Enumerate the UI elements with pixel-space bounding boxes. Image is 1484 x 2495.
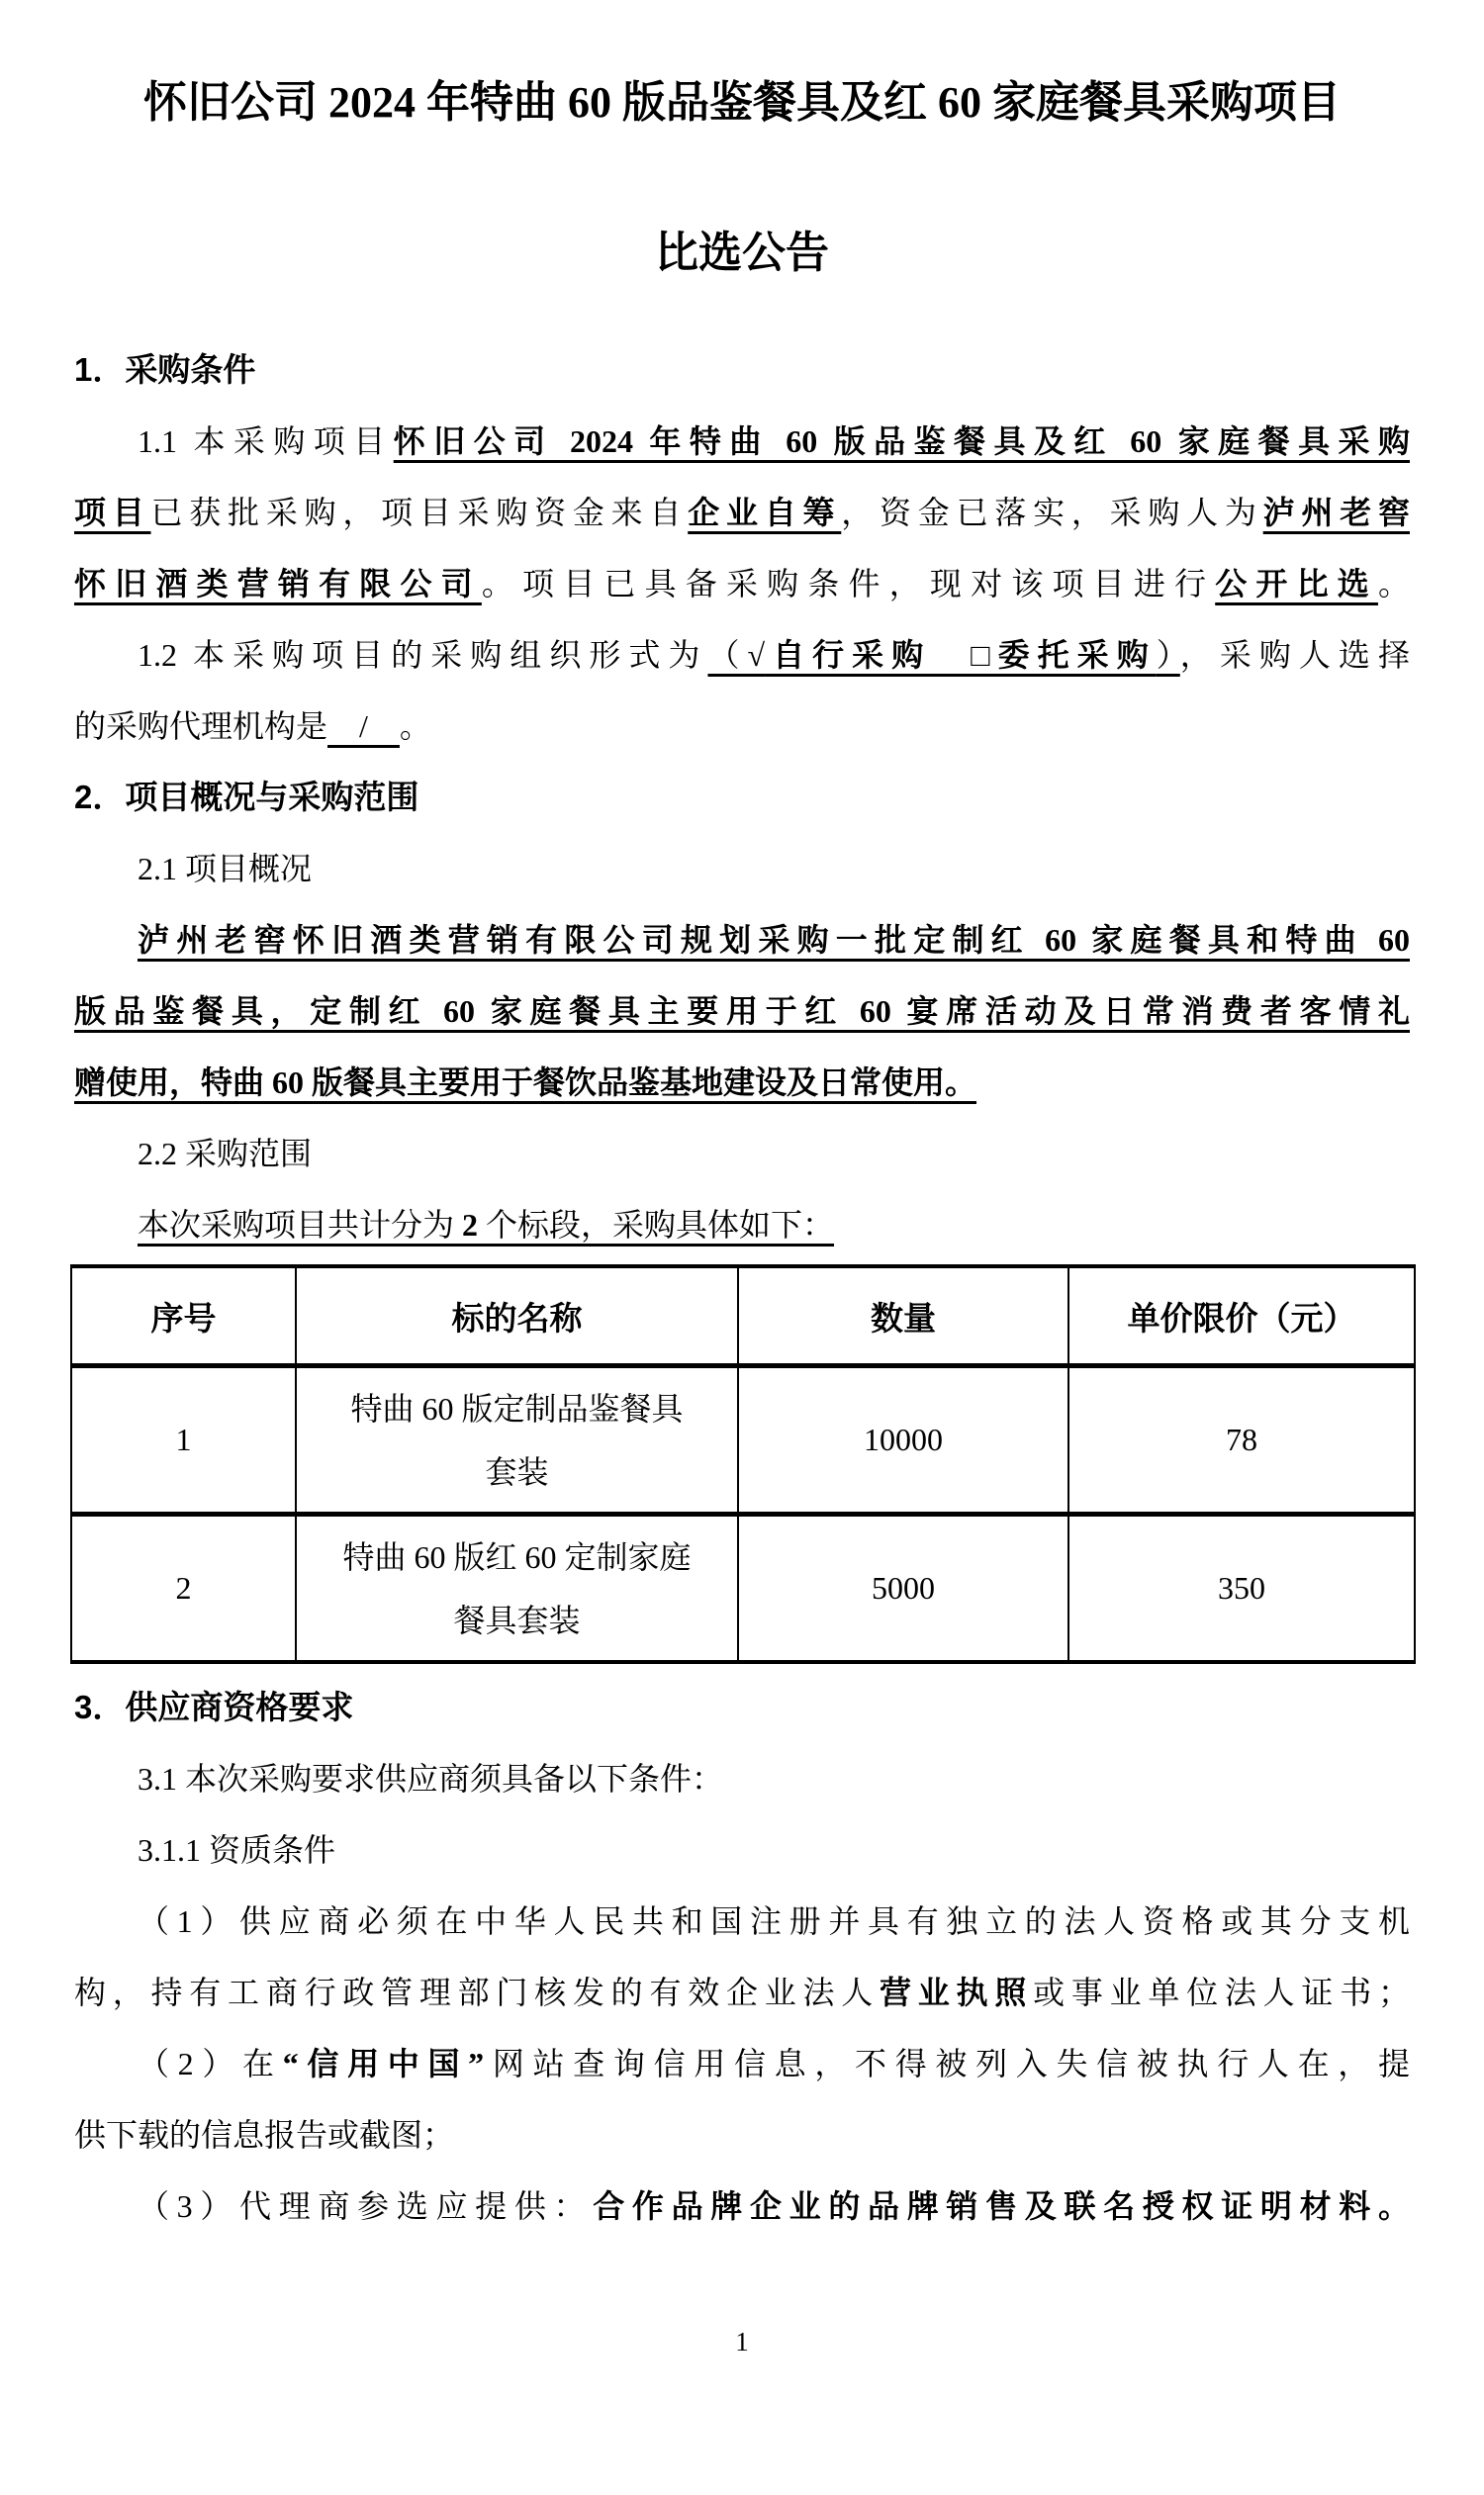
emphasis-text: 自行采购 □委托采购	[765, 637, 1157, 673]
emphasis-text: 本次采购项目共计分为	[138, 1207, 462, 1243]
emphasis-text: 泸州老窖怀旧酒类营销有限公司规划采购一批定制红 60 家庭餐具和特曲 60	[138, 922, 1410, 958]
emphasis-text: 赠使用，特曲 60 版餐具主要用于餐饮品鉴基地建设及日常使用。	[74, 1064, 976, 1100]
lots-table: 序号标的名称数量单价限价（元）1特曲 60 版定制品鉴餐具套装10000782特…	[70, 1264, 1416, 1664]
plain-text: 2.2 采购范围	[138, 1136, 312, 1171]
emphasis-text: 营业执照	[880, 1975, 1033, 2010]
emphasis-text: “信用中国”	[283, 2046, 484, 2081]
lot-price-limit-cell: 78	[1068, 1366, 1415, 1515]
text-line: 供下载的信息报告或截图；	[74, 2099, 1410, 2171]
emphasis-text: 合作品牌企业的品牌销售及联名授权证明材料。	[593, 2188, 1410, 2224]
plain-text: 3.1 本次采购要求供应商须具备以下条件：	[138, 1761, 723, 1797]
document-body: 怀旧公司 2024 年特曲 60 版品鉴餐具及红 60 家庭餐具采购项目 比选公…	[74, 0, 1410, 2242]
plain-text: 或事业单位法人证书；	[1033, 1975, 1410, 2010]
text-line: 构，持有工商行政管理部门核发的有效企业法人营业执照或事业单位法人证书；	[74, 1957, 1410, 2028]
table-row: 1特曲 60 版定制品鉴餐具套装1000078	[71, 1366, 1415, 1515]
emphasis-text: /	[327, 708, 400, 744]
text-line: （2）在“信用中国”网站查询信用信息，不得被列入失信被执行人在，提	[74, 2028, 1410, 2099]
page-number: 1	[0, 2327, 1484, 2357]
text-line: 1.1 本采购项目怀旧公司 2024 年特曲 60 版品鉴餐具及红 60 家庭餐…	[74, 406, 1410, 477]
plain-text: 。项目已具备采购条件，现对该项目进行	[482, 566, 1215, 601]
text-line: 1.2 本采购项目的采购组织形式为（√自行采购 □委托采购），采购人选择	[74, 619, 1410, 691]
plain-text: 。	[400, 708, 431, 744]
lot-name-line: 特曲 60 版定制品鉴餐具	[297, 1377, 737, 1440]
lot-number-cell: 1	[71, 1366, 296, 1515]
document-content: 1．采购条件1.1 本采购项目怀旧公司 2024 年特曲 60 版品鉴餐具及红 …	[74, 334, 1410, 2242]
text-line: 2.1 项目概况	[74, 833, 1410, 904]
document-title-line1: 怀旧公司 2024 年特曲 60 版品鉴餐具及红 60 家庭餐具采购项目	[74, 75, 1410, 131]
lot-name-cell: 特曲 60 版定制品鉴餐具套装	[296, 1366, 738, 1515]
lot-name-line: 套装	[297, 1440, 737, 1504]
text-line: 3.1 本次采购要求供应商须具备以下条件：	[74, 1743, 1410, 1814]
plain-text: 1.2 本采购项目的采购组织形式为	[138, 637, 707, 673]
plain-text: 构，持有工商行政管理部门核发的有效企业法人	[74, 1975, 880, 2010]
plain-text: （1）供应商必须在中华人民共和国注册并具有独立的法人资格或其分支机	[138, 1903, 1410, 1939]
emphasis-text: 怀旧酒类营销有限公司	[74, 566, 482, 601]
lot-name-line: 特曲 60 版红 60 定制家庭	[297, 1525, 737, 1589]
text-line: 本次采购项目共计分为 2 个标段，采购具体如下：	[74, 1189, 1410, 1260]
text-line: 2.2 采购范围	[74, 1118, 1410, 1189]
text-line: 版品鉴餐具，定制红 60 家庭餐具主要用于红 60 宴席活动及日常消费者客情礼	[74, 975, 1410, 1047]
lot-name-cell: 特曲 60 版红 60 定制家庭餐具套装	[296, 1515, 738, 1663]
document-title-line2: 比选公告	[74, 226, 1410, 281]
table-row: 2特曲 60 版红 60 定制家庭餐具套装5000350	[71, 1515, 1415, 1663]
lots-table-header-cell: 标的名称	[296, 1266, 738, 1366]
plain-text: 的采购代理机构是	[74, 708, 327, 744]
plain-text: 网站查询信用信息，不得被列入失信被执行人在，提	[484, 2046, 1410, 2081]
emphasis-text: 怀旧公司 2024 年特曲 60 版品鉴餐具及红 60 家庭餐具采购	[394, 423, 1410, 459]
lots-table-header-row: 序号标的名称数量单价限价（元）	[71, 1266, 1415, 1366]
text-line: （3）代理商参选应提供：合作品牌企业的品牌销售及联名授权证明材料。	[74, 2171, 1410, 2242]
emphasis-text: 版品鉴餐具，定制红 60 家庭餐具主要用于红 60 宴席活动及日常消费者客情礼	[74, 993, 1410, 1029]
lot-quantity-cell: 10000	[738, 1366, 1068, 1515]
plain-text: （3）代理商参选应提供：	[138, 2188, 593, 2224]
text-line: （1）供应商必须在中华人民共和国注册并具有独立的法人资格或其分支机	[74, 1886, 1410, 1957]
lot-number-cell: 2	[71, 1515, 296, 1663]
section-heading: 2．项目概况与采购范围	[74, 762, 1410, 833]
text-line: 赠使用，特曲 60 版餐具主要用于餐饮品鉴基地建设及日常使用。	[74, 1047, 1410, 1118]
lots-table-head: 序号标的名称数量单价限价（元）	[71, 1266, 1415, 1366]
plain-text: 供下载的信息报告或截图；	[74, 2117, 454, 2153]
plain-text: 。	[1378, 566, 1410, 601]
plain-text: （2）在	[138, 2046, 283, 2081]
section-heading: 3．供应商资格要求	[74, 1672, 1410, 1743]
plain-text: ，资金已落实，采购人为	[841, 495, 1262, 530]
plain-text: 1.1 本采购项目	[138, 423, 394, 459]
text-line: 项目已获批采购，项目采购资金来自企业自筹，资金已落实，采购人为泸州老窖	[74, 477, 1410, 548]
emphasis-text: （√	[707, 637, 765, 673]
emphasis-text: 2	[462, 1207, 478, 1243]
lot-name-line: 餐具套装	[297, 1589, 737, 1652]
emphasis-text: ）	[1157, 637, 1180, 673]
text-line: 3.1.1 资质条件	[74, 1814, 1410, 1886]
lots-table-body: 1特曲 60 版定制品鉴餐具套装10000782特曲 60 版红 60 定制家庭…	[71, 1366, 1415, 1663]
emphasis-text: 企业自筹	[688, 495, 841, 530]
text-line: 的采购代理机构是 / 。	[74, 691, 1410, 762]
text-line: 泸州老窖怀旧酒类营销有限公司规划采购一批定制红 60 家庭餐具和特曲 60	[74, 904, 1410, 975]
document-page: 怀旧公司 2024 年特曲 60 版品鉴餐具及红 60 家庭餐具采购项目 比选公…	[0, 0, 1484, 2495]
lot-quantity-cell: 5000	[738, 1515, 1068, 1663]
plain-text: 3.1.1 资质条件	[138, 1832, 335, 1868]
emphasis-text: 个标段，采购具体如下：	[478, 1207, 834, 1243]
emphasis-text: 泸州老窖	[1263, 495, 1410, 530]
plain-text: ，采购人选择	[1180, 637, 1410, 673]
section-heading: 1．采购条件	[74, 334, 1410, 406]
lots-table-header-cell: 单价限价（元）	[1068, 1266, 1415, 1366]
lot-price-limit-cell: 350	[1068, 1515, 1415, 1663]
emphasis-text: 公开比选	[1215, 566, 1378, 601]
plain-text: 已获批采购，项目采购资金来自	[151, 495, 689, 530]
emphasis-text: 项目	[74, 495, 151, 530]
text-line: 怀旧酒类营销有限公司。项目已具备采购条件，现对该项目进行公开比选。	[74, 548, 1410, 619]
lots-table-header-cell: 序号	[71, 1266, 296, 1366]
plain-text: 2.1 项目概况	[138, 851, 312, 886]
lots-table-header-cell: 数量	[738, 1266, 1068, 1366]
